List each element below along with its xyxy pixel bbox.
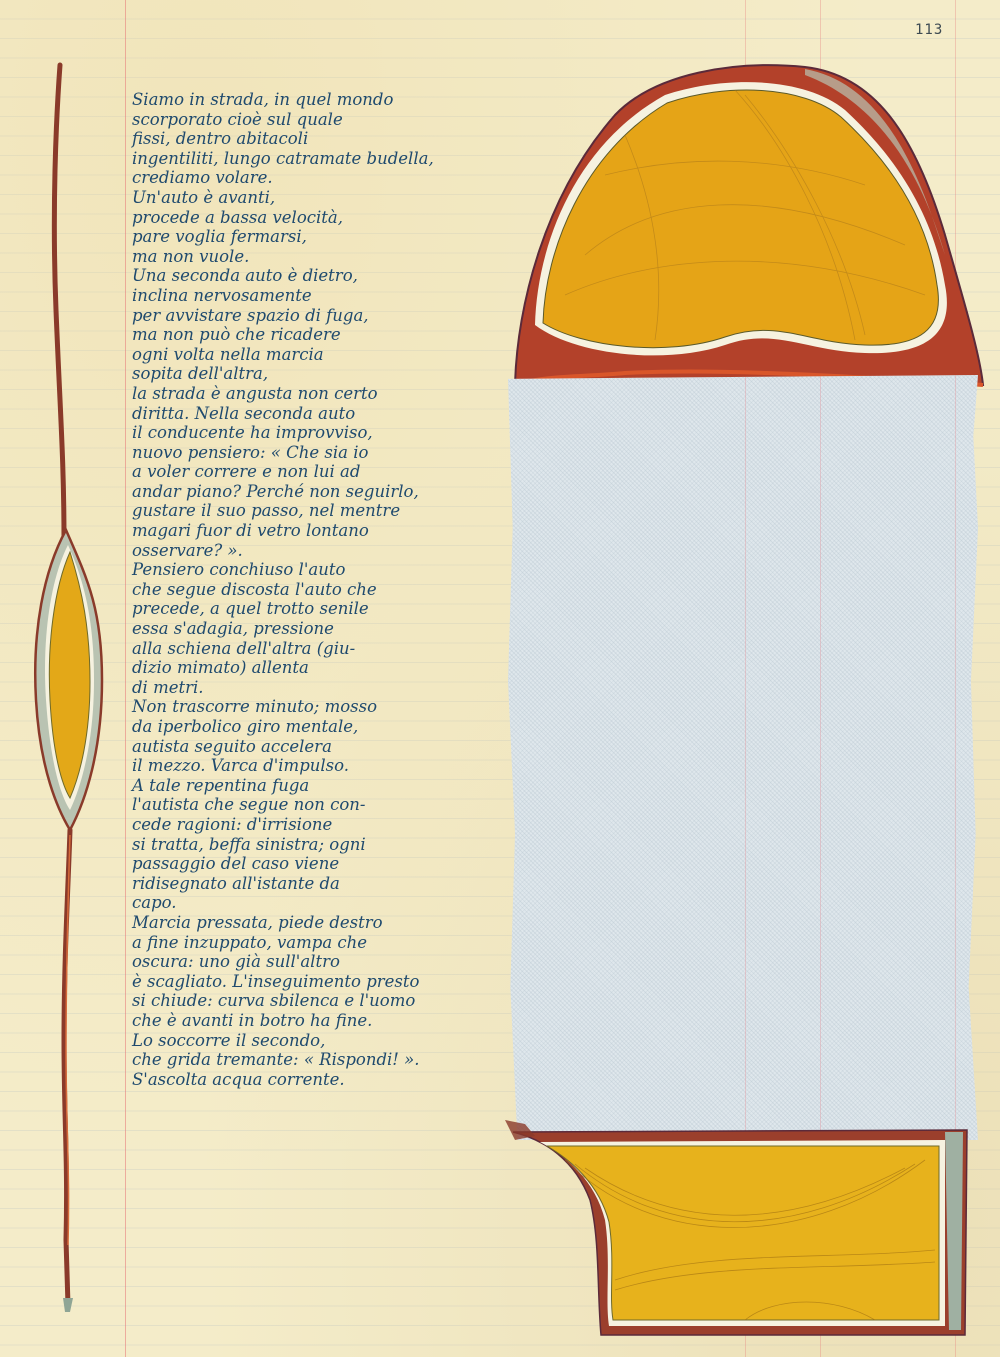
- poem-line: scorporato cioè sul quale: [132, 110, 602, 130]
- poem-line: Siamo in strada, in quel mondo: [132, 90, 602, 110]
- left-stem-drawing: [30, 60, 120, 1320]
- poem-line: Una seconda auto è dietro,: [132, 266, 602, 286]
- poem-line: oscura: uno già sull'altro: [132, 952, 602, 972]
- poem-line: che grida tremante: « Rispondi! ».: [132, 1050, 602, 1070]
- poem-line: è scagliato. L'inseguimento presto: [132, 972, 602, 992]
- poem-line: fissi, dentro abitacoli: [132, 129, 602, 149]
- poem-line: ma non vuole.: [132, 247, 602, 267]
- poem-line: per avvistare spazio di fuga,: [132, 306, 602, 326]
- fabric-grid-line: [745, 375, 746, 1140]
- poem-line: pare voglia fermarsi,: [132, 227, 602, 247]
- poem-line: capo.: [132, 893, 602, 913]
- poem-line: sopita dell'altra,: [132, 364, 602, 384]
- poem-line: passaggio del caso viene: [132, 854, 602, 874]
- poem-line: gustare il suo passo, nel mentre: [132, 501, 602, 521]
- poem-line: che è avanti in botro ha fine.: [132, 1011, 602, 1031]
- poem-line: Marcia pressata, piede destro: [132, 913, 602, 933]
- poem-line: il conducente ha improvviso,: [132, 423, 602, 443]
- poem-line: Un'auto è avanti,: [132, 188, 602, 208]
- poem-line: diritta. Nella seconda auto: [132, 404, 602, 424]
- page-number: 113: [915, 22, 943, 38]
- poem-line: essa s'adagia, pressione: [132, 619, 602, 639]
- poem-line: A tale repentina fuga: [132, 776, 602, 796]
- poem-line: dizio mimato) allenta: [132, 658, 602, 678]
- poem-line: procede a bassa velocità,: [132, 208, 602, 228]
- poem-line: inclina nervosamente: [132, 286, 602, 306]
- poem-line: crediamo volare.: [132, 168, 602, 188]
- poem-line: Pensiero conchiuso l'auto: [132, 560, 602, 580]
- poem-line: a fine inzuppato, vampa che: [132, 933, 602, 953]
- notebook-page: 113: [0, 0, 1000, 1357]
- poem-line: osservare? ».: [132, 541, 602, 561]
- poem-line: cede ragioni: d'irrisione: [132, 815, 602, 835]
- handwritten-poem: Siamo in strada, in quel mondo scorporat…: [132, 90, 602, 1089]
- poem-line: si tratta, beffa sinistra; ogni: [132, 835, 602, 855]
- poem-line: andar piano? Perché non seguirlo,: [132, 482, 602, 502]
- poem-line: a voler correre e non lui ad: [132, 462, 602, 482]
- poem-line: da iperbolico giro mentale,: [132, 717, 602, 737]
- poem-line: di metri.: [132, 678, 602, 698]
- fabric-grid-line: [955, 375, 956, 1140]
- poem-line: si chiude: curva sbilenca e l'uomo: [132, 991, 602, 1011]
- poem-line: il mezzo. Varca d'impulso.: [132, 756, 602, 776]
- poem-line: ma non può che ricadere: [132, 325, 602, 345]
- poem-line: autista seguito accelera: [132, 737, 602, 757]
- poem-line: S'ascolta acqua corrente.: [132, 1070, 602, 1090]
- poem-line: ingentiliti, lungo catramate budella,: [132, 149, 602, 169]
- poem-line: alla schiena dell'altra (giu-: [132, 639, 602, 659]
- poem-line: ogni volta nella marcia: [132, 345, 602, 365]
- poem-line: che segue discosta l'auto che: [132, 580, 602, 600]
- poem-line: Lo soccorre il secondo,: [132, 1031, 602, 1051]
- bottom-block-drawing: [505, 1120, 975, 1350]
- poem-line: magari fuor di vetro lontano: [132, 521, 602, 541]
- poem-line: precede, a quel trotto senile: [132, 599, 602, 619]
- poem-line: nuovo pensiero: « Che sia io: [132, 443, 602, 463]
- poem-line: l'autista che segue non con-: [132, 795, 602, 815]
- fabric-grid-line: [820, 375, 821, 1140]
- poem-line: la strada è angusta non certo: [132, 384, 602, 404]
- poem-line: ridisegnato all'istante da: [132, 874, 602, 894]
- margin-line-left: [125, 0, 126, 1357]
- poem-line: Non trascorre minuto; mosso: [132, 697, 602, 717]
